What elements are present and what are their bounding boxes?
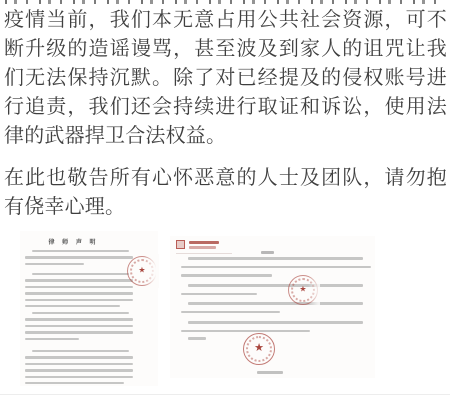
scan-text-line	[188, 321, 363, 324]
scan-text-line	[25, 279, 133, 281]
scan-text-line	[188, 284, 363, 287]
statement-paragraph-2: 在此也敬告所有心怀恶意的人士及团队，请勿抱有侥幸心理。	[4, 164, 447, 222]
scan-text-line	[25, 292, 133, 294]
seal-date-text	[257, 371, 283, 374]
scan-text-line	[25, 263, 84, 265]
attachment-lawyer-statement-image[interactable]: 律 师 声 明 ★	[20, 231, 158, 386]
scan-text-line	[25, 382, 124, 384]
scan-text-line	[25, 286, 133, 288]
scanned-text-block	[25, 231, 133, 386]
scan-text-line	[25, 256, 133, 258]
scan-text-line	[32, 350, 129, 352]
bottom-divider	[0, 394, 450, 395]
scan-text-line	[32, 250, 129, 252]
scan-text-line	[25, 305, 120, 307]
scanned-text-block	[181, 236, 371, 378]
red-circular-seal-icon: ★	[288, 275, 318, 305]
scan-text-line	[181, 311, 280, 314]
scan-text-line	[181, 266, 371, 269]
attachment-company-statement-image[interactable]: ★ ★	[170, 236, 375, 378]
scan-text-line	[188, 257, 363, 260]
post-content: 疫情当前，我们本无意占用公共社会资源，可不断升级的造谣谩骂，甚至波及到家人的诅咒…	[0, 0, 450, 409]
scan-text-line	[181, 293, 257, 296]
scan-text-line	[25, 338, 79, 340]
statement-paragraph-1: 疫情当前，我们本无意占用公共社会资源，可不断升级的造谣谩骂，甚至波及到家人的诅咒…	[4, 6, 447, 151]
scan-text-line	[181, 274, 272, 277]
scan-text-line	[25, 318, 133, 320]
scan-text-line	[25, 331, 133, 333]
scan-text-line	[188, 337, 206, 340]
red-circular-seal-icon: ★	[127, 256, 157, 286]
scan-text-line	[25, 356, 133, 358]
scan-text-line	[32, 312, 129, 314]
scan-text-line	[32, 273, 129, 275]
scan-text-line	[25, 325, 133, 327]
scan-text-line	[181, 330, 310, 333]
scan-text-line	[25, 299, 133, 301]
seal-star-icon: ★	[244, 343, 274, 354]
clipped-text-line	[5, 0, 444, 4]
seal-fade-edge	[308, 273, 320, 307]
scan-text-line	[188, 302, 363, 305]
red-star-company-seal-icon: ★	[243, 333, 275, 365]
scan-text-line	[25, 369, 133, 371]
scan-text-line	[25, 363, 133, 365]
scan-text-line	[25, 376, 133, 378]
seal-fade-edge	[144, 254, 159, 288]
